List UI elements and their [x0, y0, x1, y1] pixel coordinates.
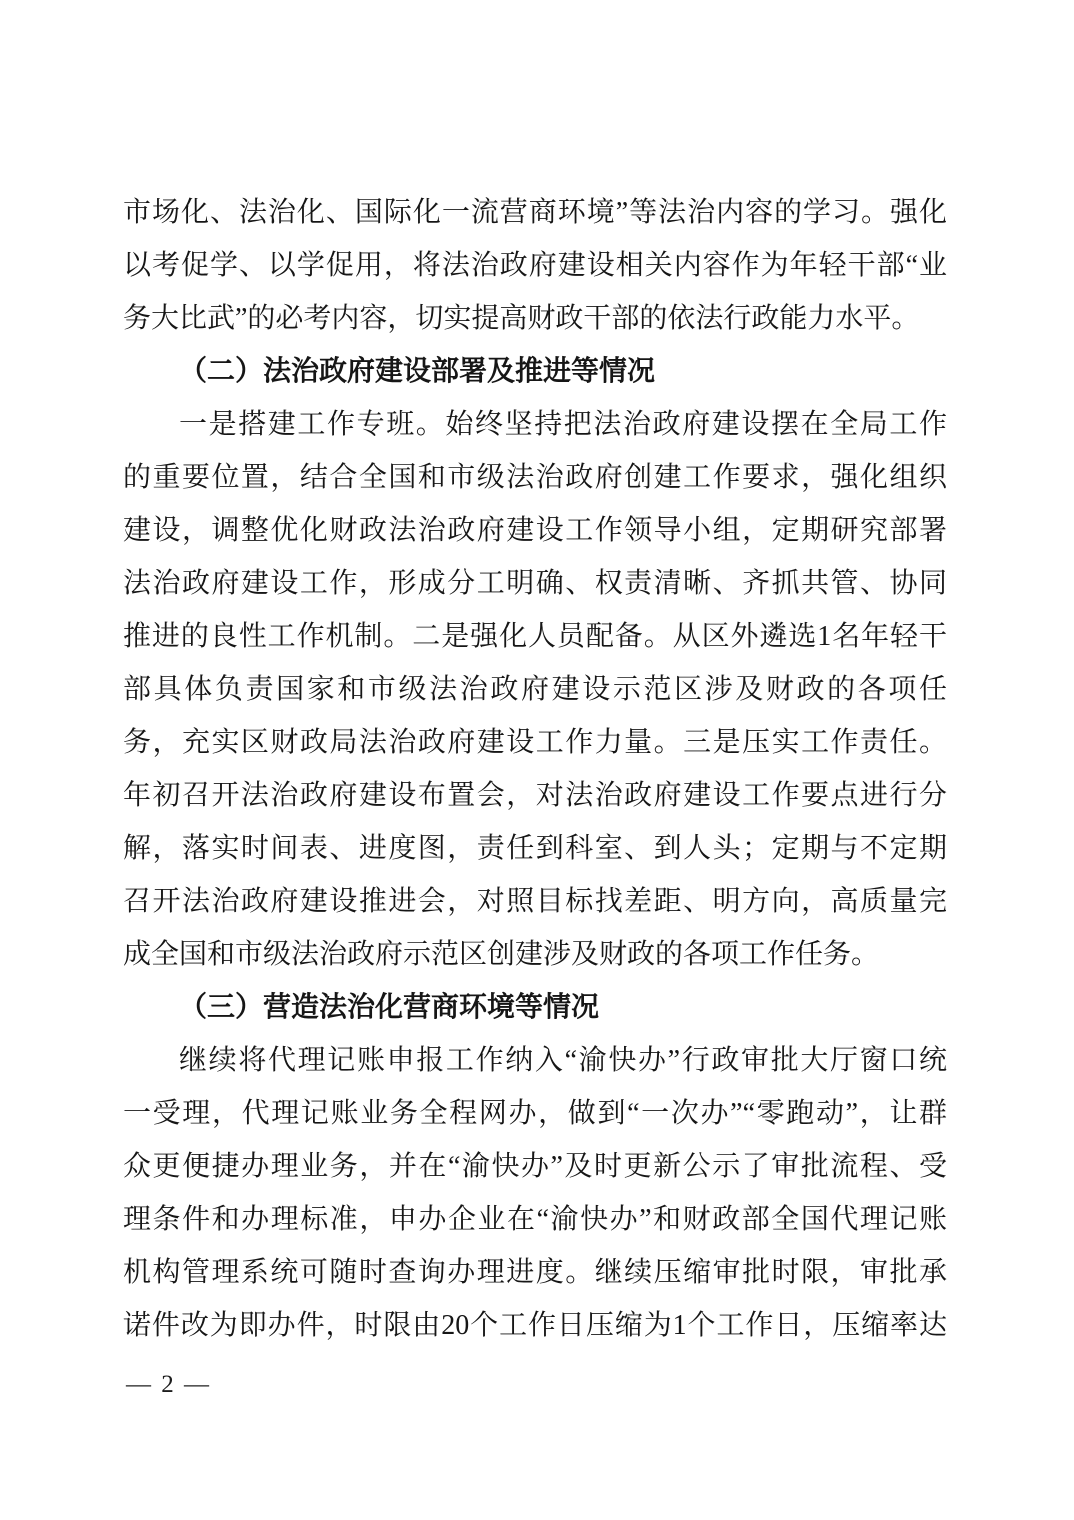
text-line: 众更便捷办理业务，并在“渝快办”及时更新公示了审批流程、受	[123, 1140, 947, 1193]
text-line: 务，充实区财政局法治政府建设工作力量。三是压实工作责任。	[123, 716, 947, 769]
text-line: 市场化、法治化、国际化一流营商环境”等法治内容的学习。强化	[123, 186, 947, 239]
text-line: 法治政府建设工作，形成分工明确、权责清晰、齐抓共管、协同	[123, 557, 947, 610]
text-line: 解，落实时间表、进度图，责任到科室、到人头；定期与不定期	[123, 822, 947, 875]
text-line: 诺件改为即办件，时限由20个工作日压缩为1个工作日，压缩率达	[123, 1299, 947, 1352]
text-line: 以考促学、以学促用，将法治政府建设相关内容作为年轻干部“业	[123, 239, 947, 292]
text-line: 一是搭建工作专班。始终坚持把法治政府建设摆在全局工作	[123, 398, 947, 451]
text-line: 推进的良性工作机制。二是强化人员配备。从区外遴选1名年轻干	[123, 610, 947, 663]
text-line: 一受理，代理记账业务全程网办，做到“一次办”“零跑动”，让群	[123, 1087, 947, 1140]
text-line: 理条件和办理标准，申办企业在“渝快办”和财政部全国代理记账	[123, 1193, 947, 1246]
text-line: 的重要位置，结合全国和市级法治政府创建工作要求，强化组织	[123, 451, 947, 504]
text-line: 召开法治政府建设推进会，对照目标找差距、明方向，高质量完	[123, 875, 947, 928]
page-number: — 2 —	[126, 1368, 211, 1402]
document-content: 市场化、法治化、国际化一流营商环境”等法治内容的学习。强化以考促学、以学促用，将…	[123, 186, 947, 1352]
text-line: 部具体负责国家和市级法治政府建设示范区涉及财政的各项任	[123, 663, 947, 716]
text-line: 继续将代理记账申报工作纳入“渝快办”行政审批大厅窗口统	[123, 1034, 947, 1087]
text-line: 年初召开法治政府建设布置会，对法治政府建设工作要点进行分	[123, 769, 947, 822]
section-heading: （二）法治政府建设部署及推进等情况	[123, 345, 947, 398]
text-line: 建设，调整优化财政法治政府建设工作领导小组，定期研究部署	[123, 504, 947, 557]
text-line: 务大比武”的必考内容，切实提高财政干部的依法行政能力水平。	[123, 292, 947, 345]
document-page: 市场化、法治化、国际化一流营商环境”等法治内容的学习。强化以考促学、以学促用，将…	[0, 0, 1074, 1520]
text-line: 机构管理系统可随时查询办理进度。继续压缩审批时限，审批承	[123, 1246, 947, 1299]
section-heading: （三）营造法治化营商环境等情况	[123, 981, 947, 1034]
text-line: 成全国和市级法治政府示范区创建涉及财政的各项工作任务。	[123, 928, 947, 981]
